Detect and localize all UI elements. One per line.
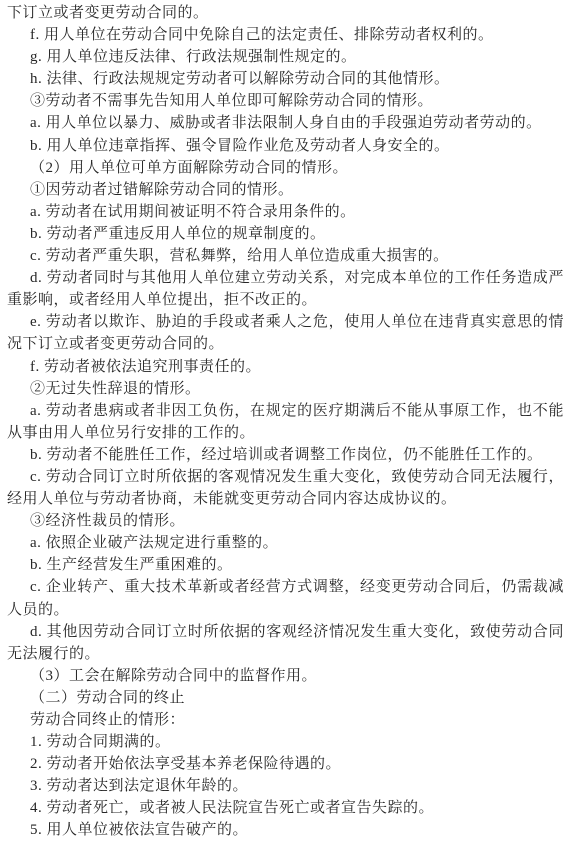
- document-paragraph: a. 依照企业破产法规定进行重整的。: [7, 532, 564, 554]
- document-paragraph: a. 劳动者在试用期间被证明不符合录用条件的。: [7, 201, 564, 223]
- document-paragraph: 劳动合同终止的情形：: [7, 709, 564, 731]
- document-page: 下订立或者变更劳动合同的。f. 用人单位在劳动合同中免除自己的法定责任、排除劳动…: [0, 0, 572, 842]
- document-paragraph: d. 其他因劳动合同订立时所依据的客观经济情况发生重大变化，致使劳动合同无法履行…: [7, 621, 564, 665]
- document-paragraph: c. 劳动者严重失职，营私舞弊，给用人单位造成重大损害的。: [7, 245, 564, 267]
- document-paragraph: f. 用人单位在劳动合同中免除自己的法定责任、排除劳动者权利的。: [7, 24, 564, 46]
- document-paragraph: f. 劳动者被依法追究刑事责任的。: [7, 356, 564, 378]
- document-paragraph: b. 劳动者严重违反用人单位的规章制度的。: [7, 223, 564, 245]
- document-paragraph: ①因劳动者过错解除劳动合同的情形。: [7, 179, 564, 201]
- document-paragraph: h. 法律、行政法规规定劳动者可以解除劳动合同的其他情形。: [7, 68, 564, 90]
- document-paragraph: ③经济性裁员的情形。: [7, 510, 564, 532]
- document-paragraph: 下订立或者变更劳动合同的。: [7, 2, 564, 24]
- document-paragraph: a. 劳动者患病或者非因工负伤，在规定的医疗期满后不能从事原工作，也不能从事由用…: [7, 400, 564, 444]
- document-paragraph: b. 用人单位违章指挥、强令冒险作业危及劳动者人身安全的。: [7, 135, 564, 157]
- document-paragraph: 4. 劳动者死亡，或者被人民法院宣告死亡或者宣告失踪的。: [7, 797, 564, 819]
- document-paragraph: b. 劳动者不能胜任工作，经过培训或者调整工作岗位，仍不能胜任工作的。: [7, 444, 564, 466]
- document-text-block: 下订立或者变更劳动合同的。f. 用人单位在劳动合同中免除自己的法定责任、排除劳动…: [7, 2, 564, 842]
- document-paragraph: ③劳动者不需事先告知用人单位即可解除劳动合同的情形。: [7, 90, 564, 112]
- document-paragraph: 3. 劳动者达到法定退休年龄的。: [7, 775, 564, 797]
- document-paragraph: （3）工会在解除劳动合同中的监督作用。: [7, 665, 564, 687]
- document-paragraph: （2）用人单位可单方面解除劳动合同的情形。: [7, 157, 564, 179]
- document-paragraph: g. 用人单位违反法律、行政法规强制性规定的。: [7, 46, 564, 68]
- document-paragraph: b. 生产经营发生严重困难的。: [7, 554, 564, 576]
- document-paragraph: ②无过失性辞退的情形。: [7, 378, 564, 400]
- document-paragraph: e. 劳动者以欺诈、胁迫的手段或者乘人之危，使用人单位在违背真实意思的情况下订立…: [7, 311, 564, 355]
- document-paragraph: d. 劳动者同时与其他用人单位建立劳动关系，对完成本单位的工作任务造成严重影响，…: [7, 267, 564, 311]
- document-paragraph: 1. 劳动合同期满的。: [7, 731, 564, 753]
- document-paragraph: c. 企业转产、重大技术革新或者经营方式调整，经变更劳动合同后，仍需裁减人员的。: [7, 576, 564, 620]
- document-paragraph: c. 劳动合同订立时所依据的客观情况发生重大变化，致使劳动合同无法履行，经用人单…: [7, 466, 564, 510]
- document-paragraph: a. 用人单位以暴力、威胁或者非法限制人身自由的手段强迫劳动者劳动的。: [7, 112, 564, 134]
- document-paragraph: 2. 劳动者开始依法享受基本养老保险待遇的。: [7, 753, 564, 775]
- document-paragraph: （二）劳动合同的终止: [7, 687, 564, 709]
- document-paragraph: 5. 用人单位被依法宣告破产的。: [7, 819, 564, 841]
